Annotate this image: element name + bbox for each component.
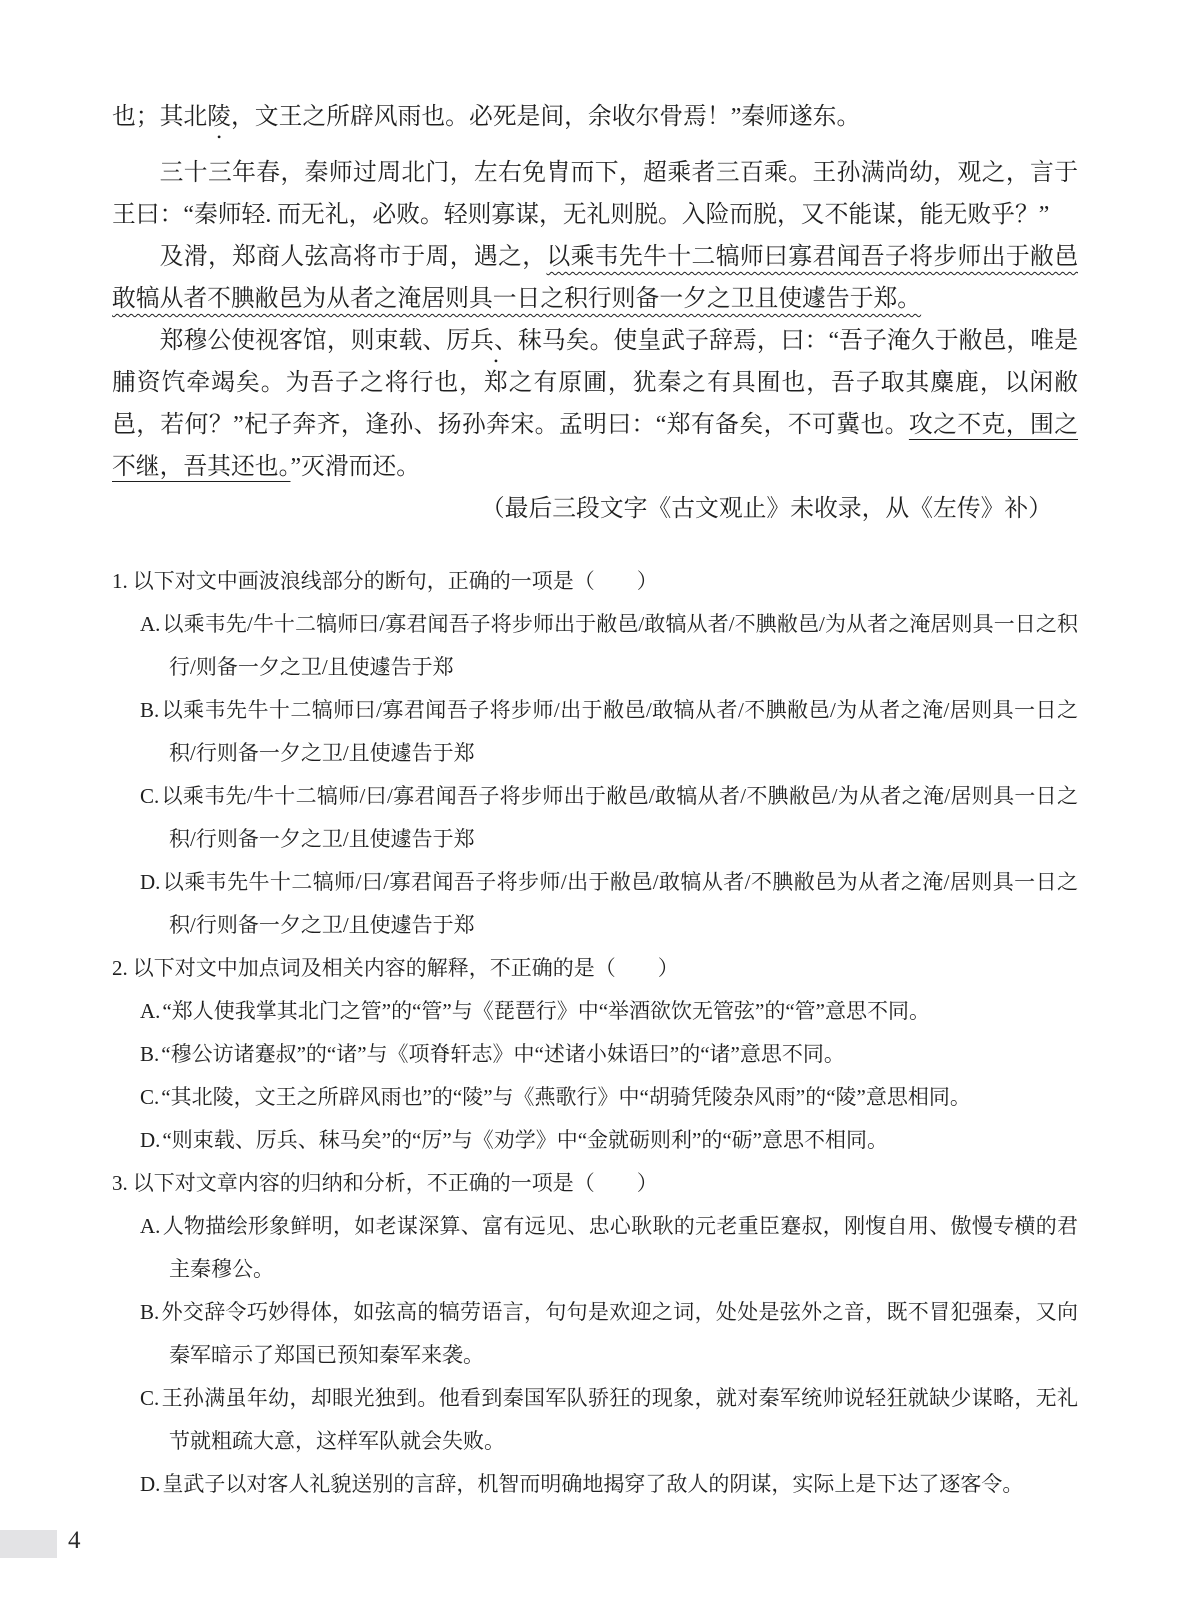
option-label: B. bbox=[140, 698, 159, 722]
option-text: 以乘韦先/牛十二犒师/曰/寡君闻吾子将步师出于敝邑/敢犒从者/不腆敝邑/为从者之… bbox=[161, 784, 1078, 851]
option-label: B. bbox=[140, 1042, 159, 1066]
question-1-option-a: A.以乘韦先/牛十二犒师曰/寡君闻吾子将步师出于敝邑/敢犒从者/不腆敝邑/为从者… bbox=[140, 603, 1078, 689]
question-3-option-b: B.外交辞令巧妙得体，如弦高的犒劳语言，句句是欢迎之词，处处是弦外之音，既不冒犯… bbox=[140, 1291, 1078, 1377]
question-1-text: 以下对文中画波浪线部分的断句，正确的一项是（ ） bbox=[133, 569, 658, 593]
passage-text: ”灭滑而还。 bbox=[290, 454, 420, 480]
option-text: “郑人使我掌其北门之管”的“管”与《琵琶行》中“举酒欲饮无管弦”的“管”意思不同… bbox=[162, 999, 930, 1023]
page-content: 也；其北陵，文王之所辟风雨也。必死是间，余收尔骨焉！”秦师遂东。 三十三年春，秦… bbox=[112, 96, 1078, 1506]
question-1-option-c: C.以乘韦先/牛十二犒师/曰/寡君闻吾子将步师出于敝邑/敢犒从者/不腆敝邑/为从… bbox=[140, 775, 1078, 861]
passage-text: 及滑，郑商人弦高将市于周，遇之， bbox=[160, 244, 547, 270]
question-1-option-b: B.以乘韦先牛十二犒师曰/寡君闻吾子将步师/出于敝邑/敢犒从者/不腆敝邑/为从者… bbox=[140, 689, 1078, 775]
option-label: C. bbox=[140, 1386, 159, 1410]
question-2-option-a: A.“郑人使我掌其北门之管”的“管”与《琵琶行》中“举酒欲饮无管弦”的“管”意思… bbox=[140, 990, 1078, 1033]
option-text: 以乘韦先牛十二犒师/曰/寡君闻吾子将步师/出于敝邑/敢犒从者/不腆敝邑为从者之淹… bbox=[162, 870, 1078, 937]
option-text: 外交辞令巧妙得体，如弦高的犒劳语言，句句是欢迎之词，处处是弦外之音，既不冒犯强秦… bbox=[161, 1300, 1078, 1367]
option-label: A. bbox=[140, 999, 160, 1023]
passage-text: 三十三年春，秦师过周北门，左右免胄而下，超乘者三百乘。王孙满尚幼，观之，言于王曰… bbox=[112, 160, 1078, 228]
question-3-option-d: D.皇武子以对客人礼貌送别的言辞，机智而明确地揭穿了敌人的阴谋，实际上是下达了逐… bbox=[140, 1463, 1078, 1506]
question-2-option-b: B.“穆公访诸蹇叔”的“诸”与《项脊轩志》中“述诸小妹语曰”的“诸”意思不同。 bbox=[140, 1033, 1078, 1076]
question-2-text: 以下对文中加点词及相关内容的解释，不正确的是（ ） bbox=[133, 956, 679, 980]
option-label: C. bbox=[140, 1085, 159, 1109]
passage-text: 也；其北 bbox=[112, 104, 207, 130]
option-text: “穆公访诸蹇叔”的“诸”与《项脊轩志》中“述诸小妹语曰”的“诸”意思不同。 bbox=[161, 1042, 845, 1066]
question-1-number: 1. bbox=[112, 569, 128, 593]
question-2-option-c: C.“其北陵，文王之所辟风雨也”的“陵”与《燕歌行》中“胡骑凭陵杂风雨”的“陵”… bbox=[140, 1076, 1078, 1119]
passage-text: ，文王之所辟风雨也。必死是间，余收尔骨焉！”秦师遂东。 bbox=[231, 104, 860, 130]
question-1-stem: 1.以下对文中画波浪线部分的断句，正确的一项是（ ） bbox=[112, 560, 1078, 603]
option-label: D. bbox=[140, 1128, 160, 1152]
questions-section: 1.以下对文中画波浪线部分的断句，正确的一项是（ ） A.以乘韦先/牛十二犒师曰… bbox=[112, 560, 1078, 1506]
option-label: D. bbox=[140, 870, 160, 894]
question-2-option-d: D.“则束载、厉兵、秣马矣”的“厉”与《劝学》中“金就砺则利”的“砺”意思不相同… bbox=[140, 1119, 1078, 1162]
question-1-option-d: D.以乘韦先牛十二犒师/曰/寡君闻吾子将步师/出于敝邑/敢犒从者/不腆敝邑为从者… bbox=[140, 861, 1078, 947]
option-text: 以乘韦先牛十二犒师曰/寡君闻吾子将步师/出于敝邑/敢犒从者/不腆敝邑/为从者之淹… bbox=[161, 698, 1078, 765]
question-3-text: 以下对文章内容的归纳和分析，不正确的一项是（ ） bbox=[133, 1171, 658, 1195]
option-text: “其北陵，文王之所辟风雨也”的“陵”与《燕歌行》中“胡骑凭陵杂风雨”的“陵”意思… bbox=[161, 1085, 971, 1109]
passage-text: 郑穆公使视客馆，则束载、 bbox=[160, 328, 447, 354]
option-label: C. bbox=[140, 784, 159, 808]
option-text: 人物描绘形象鲜明，如老谋深算、富有远见、忠心耿耿的元老重臣蹇叔，刚愎自用、傲慢专… bbox=[162, 1214, 1078, 1281]
option-label: D. bbox=[140, 1472, 160, 1496]
option-text: “则束载、厉兵、秣马矣”的“厉”与《劝学》中“金就砺则利”的“砺”意思不相同。 bbox=[162, 1128, 888, 1152]
passage-paragraph-3: 及滑，郑商人弦高将市于周，遇之，以乘韦先牛十二犒师曰寡君闻吾子将步师出于敝邑敢犒… bbox=[112, 236, 1078, 320]
passage-attribution: （最后三段文字《古文观止》未收录，从《左传》补） bbox=[112, 488, 1078, 530]
option-text: 以乘韦先/牛十二犒师曰/寡君闻吾子将步师出于敝邑/敢犒从者/不腆敝邑/为从者之淹… bbox=[162, 612, 1078, 679]
question-3-option-c: C.王孙满虽年幼，却眼光独到。他看到秦国军队骄狂的现象，就对秦军统帅说轻狂就缺少… bbox=[140, 1377, 1078, 1463]
passage-paragraph-4: 郑穆公使视客馆，则束载、厉兵、秣马矣。使皇武子辞焉，曰：“吾子淹久于敝邑，唯是脯… bbox=[112, 320, 1078, 488]
question-2-number: 2. bbox=[112, 956, 128, 980]
option-text: 王孙满虽年幼，却眼光独到。他看到秦国军队骄狂的现象，就对秦军统帅说轻狂就缺少谋略… bbox=[161, 1386, 1078, 1453]
passage-paragraph-2: 三十三年春，秦师过周北门，左右免胄而下，超乘者三百乘。王孙满尚幼，观之，言于王曰… bbox=[112, 152, 1078, 236]
question-3-number: 3. bbox=[112, 1171, 128, 1195]
emphasis-dot-char-li: 厉 bbox=[446, 328, 470, 354]
option-label: A. bbox=[140, 612, 160, 636]
page-footer-bar bbox=[0, 1530, 57, 1558]
question-3-option-a: A.人物描绘形象鲜明，如老谋深算、富有远见、忠心耿耿的元老重臣蹇叔，刚愎自用、傲… bbox=[140, 1205, 1078, 1291]
passage-paragraph-1: 也；其北陵，文王之所辟风雨也。必死是间，余收尔骨焉！”秦师遂东。 bbox=[112, 96, 1078, 138]
emphasis-dot-char-ling: 陵 bbox=[207, 104, 231, 130]
question-2-stem: 2.以下对文中加点词及相关内容的解释，不正确的是（ ） bbox=[112, 947, 1078, 990]
question-3-stem: 3.以下对文章内容的归纳和分析，不正确的一项是（ ） bbox=[112, 1162, 1078, 1205]
option-text: 皇武子以对客人礼貌送别的言辞，机智而明确地揭穿了敌人的阴谋，实际上是下达了逐客令… bbox=[162, 1472, 1023, 1496]
option-label: A. bbox=[140, 1214, 160, 1238]
option-label: B. bbox=[140, 1300, 159, 1324]
page-number: 4 bbox=[68, 1527, 81, 1555]
